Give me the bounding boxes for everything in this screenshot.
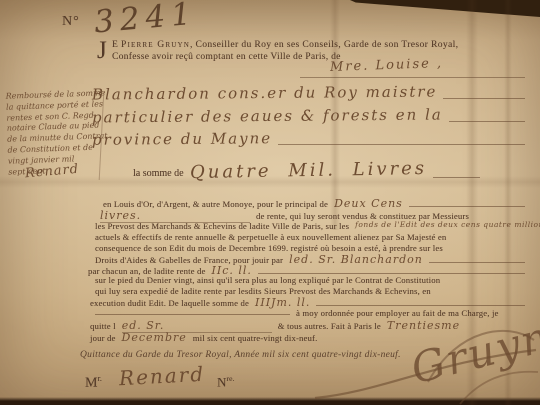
body-print: à moy ordonnée pour employer au fait de … [296,308,499,318]
header-line-1: E Pierre Gruyn, Conseiller du Roy en ses… [112,40,458,50]
notary-prefix: Mr. [85,374,102,392]
body-print: en Louis d'Or, d'Argent, & autre Monoye,… [103,199,328,209]
body-print: jour de [90,333,116,343]
body-print: les Prevost des Marchands & Echevins de … [95,221,349,231]
fill-in-rule [258,273,525,274]
fill-in-rule [278,144,525,145]
body-line: les Prevost des Marchands & Echevins de … [95,221,535,231]
payee-text: province du Mayne [92,129,272,149]
header-dropcap: J [97,38,107,63]
fill-in-rule [429,262,525,263]
body-line: sur le pied du Denier vingt, ainsi qu'il… [95,275,440,285]
fill-in-rule [95,314,290,315]
notary-prefix-main: M [85,376,97,391]
body-handwritten: fonds de l'Edit des deux cens quatre mil… [355,220,540,229]
header-line1-post: , Conseiller du Roy en ses Conseils, Gar… [190,40,459,50]
notary-suffix-sup: re. [226,374,234,383]
body-print: qui luy sera expedié de ladite rente par… [95,286,431,296]
treasurer-signature-block: Gruyn [310,320,540,405]
notary-suffix: Nre. [217,374,234,390]
payee-title-handwritten: Mre. Louise , [330,56,444,75]
notary-suffix-main: N [217,374,226,389]
body-print: mil six cent quatre-vingt dix-neuf. [193,333,318,343]
document-number-label: N° [62,14,80,30]
body-print: consequence de son Edit du mois de Decem… [95,243,443,253]
sum-value-handwritten: Quatre Mil. Livres [189,158,426,183]
sum-line: la somme de Quatre Mil. Livres [133,160,480,181]
fill-in-rule [409,206,525,207]
body-line: actuels & effectifs de rente annuelle & … [95,232,446,242]
notary-signature: Renard [118,362,205,390]
body-print: sur le pied du Denier vingt, ainsi qu'il… [95,275,440,285]
body-line: qui luy sera expedié de ladite rente par… [95,286,431,296]
payee-line-1: Blanchardon cons.er du Roy maistre [92,84,525,102]
payee-line-3: province du Mayne [92,130,525,148]
body-line: jour deDecembremil six cent quatre-vingt… [90,331,317,344]
body-print: quitte l [90,321,116,331]
fill-in-rule [433,177,480,178]
body-line: consequence de son Edit du mois de Decem… [95,243,443,253]
document-photo: N° 3241 J E Pierre Gruyn, Conseiller du … [0,0,540,405]
body-line: à moy ordonnée pour employer au fait de … [95,308,532,318]
body-handwritten: Decembre [122,331,187,344]
header-line1-pre: E [112,40,121,50]
fill-in-rule [449,121,525,122]
fill-in-rule [300,77,525,78]
treasurer-name: Pierre Gruyn [121,40,190,50]
sum-label: la somme de [133,168,184,179]
fill-in-rule [443,98,525,99]
body-print: execution dudit Edit. De laquelle somme … [90,298,249,308]
payee-line-2: particulier des eaues & forests en la [92,107,525,125]
body-print: actuels & effectifs de rente annuelle & … [95,232,446,242]
document-number-value: 3241 [93,0,199,40]
payee-text: Blanchardon cons.er du Roy maistre [92,82,438,103]
fill-in-rule [316,305,525,306]
payee-text: particulier des eaues & forests en la [92,105,443,126]
notary-prefix-sup: r. [97,374,101,383]
header-line-2: Confesse avoir reçû comptant en cette Vi… [112,52,341,62]
